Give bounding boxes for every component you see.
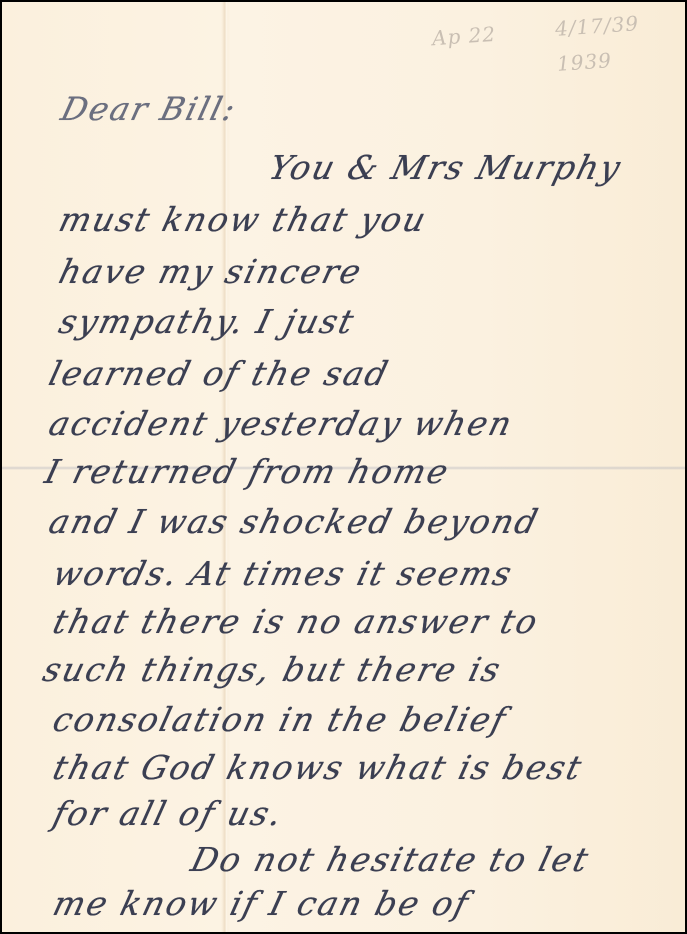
letter-line: You & Mrs Murphy (265, 148, 626, 187)
pencil-archival-year: 1939 (556, 48, 612, 76)
letter-line: I returned from home (41, 452, 454, 491)
letter-page: Ap 22 4/17/39 1939 Dear Bill: You & Mrs … (2, 2, 685, 932)
letter-line: learned of the sad (45, 354, 394, 393)
pencil-archival-note: Ap 22 (431, 22, 497, 50)
pencil-archival-date: 4/17/39 (554, 11, 640, 41)
letter-line: Do not hesitate to let (187, 840, 594, 879)
letter-line: sympathy. I just (55, 302, 359, 341)
letter-line: have my sincere (55, 252, 367, 291)
letter-line: words. At times it seems (49, 554, 517, 593)
letter-line: me know if I can be of (49, 884, 474, 923)
letter-line: that God knows what is best (49, 748, 587, 787)
letter-line: accident yesterday when (45, 404, 517, 443)
letter-line: consolation in the belief (49, 700, 511, 739)
letter-salutation: Dear Bill: (57, 90, 241, 128)
letter-line: that there is no answer to (49, 602, 543, 641)
letter-line: for all of us. (49, 794, 288, 833)
letter-line: must know that you (55, 200, 432, 239)
letter-line: such things, but there is (39, 650, 506, 689)
letter-line: and I was shocked beyond (45, 502, 543, 541)
